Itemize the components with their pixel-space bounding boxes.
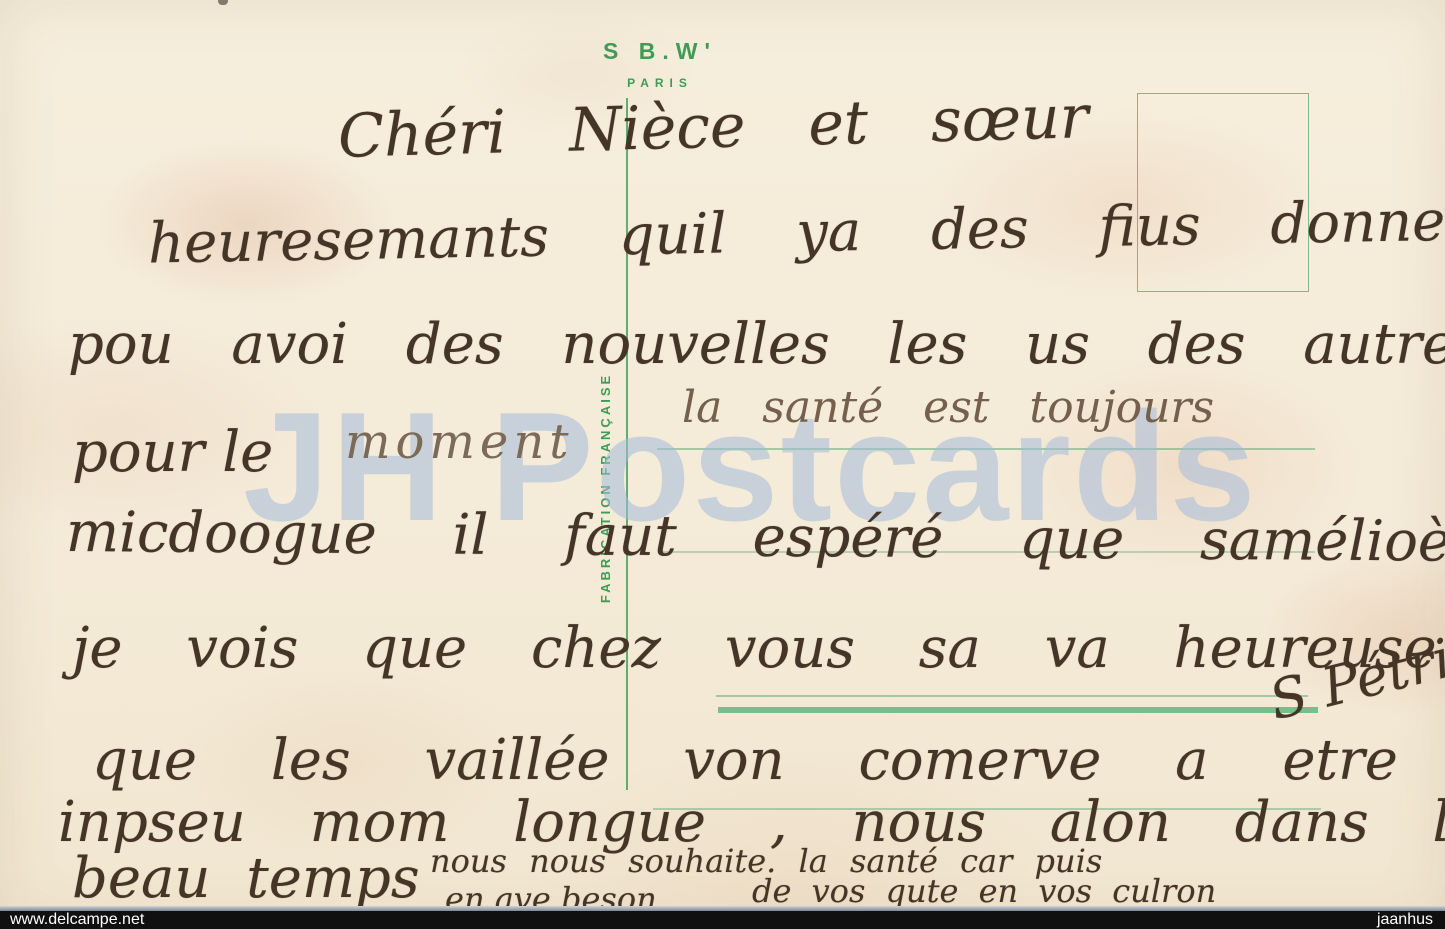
handwriting-line-3: pou avoi des nouvelles les us des autres (68, 312, 1445, 377)
scan-artifact (218, 0, 228, 5)
publisher-city: PARIS (560, 76, 760, 90)
publisher-initials: S B.W' (560, 38, 760, 65)
handwriting-line-9-left: beau temps (72, 846, 420, 911)
handwriting-line-4-left: pour le (72, 420, 273, 485)
address-line-4-thick (718, 707, 1318, 713)
handwriting-line-7: que les vaillée von comerve a etre (92, 728, 1398, 793)
handwriting-line-5: micdoogue il faut espéré que samélioère (66, 500, 1445, 575)
handwriting-line-4-mid: moment (345, 414, 574, 470)
jaanhus-watermark: jaanhus (1377, 911, 1433, 929)
handwriting-line-9-small-3: de vos qute en vos culron (752, 872, 1216, 910)
publisher-mark: S B.W' PARIS (560, 38, 760, 90)
postcard-scan: S B.W' PARIS FABRICATION FRANÇAISE JH Po… (0, 0, 1445, 929)
address-line-3 (716, 695, 1308, 697)
handwriting-line-4-right: la santé est toujours (682, 382, 1214, 433)
footer-bar (0, 911, 1445, 929)
handwriting-line-6: je vois que chez vous sa va heureuse (72, 616, 1437, 681)
delcampe-watermark: www.delcampe.net (10, 911, 144, 929)
handwriting-greeting: Chéri Nièce et sœur (337, 82, 1089, 172)
